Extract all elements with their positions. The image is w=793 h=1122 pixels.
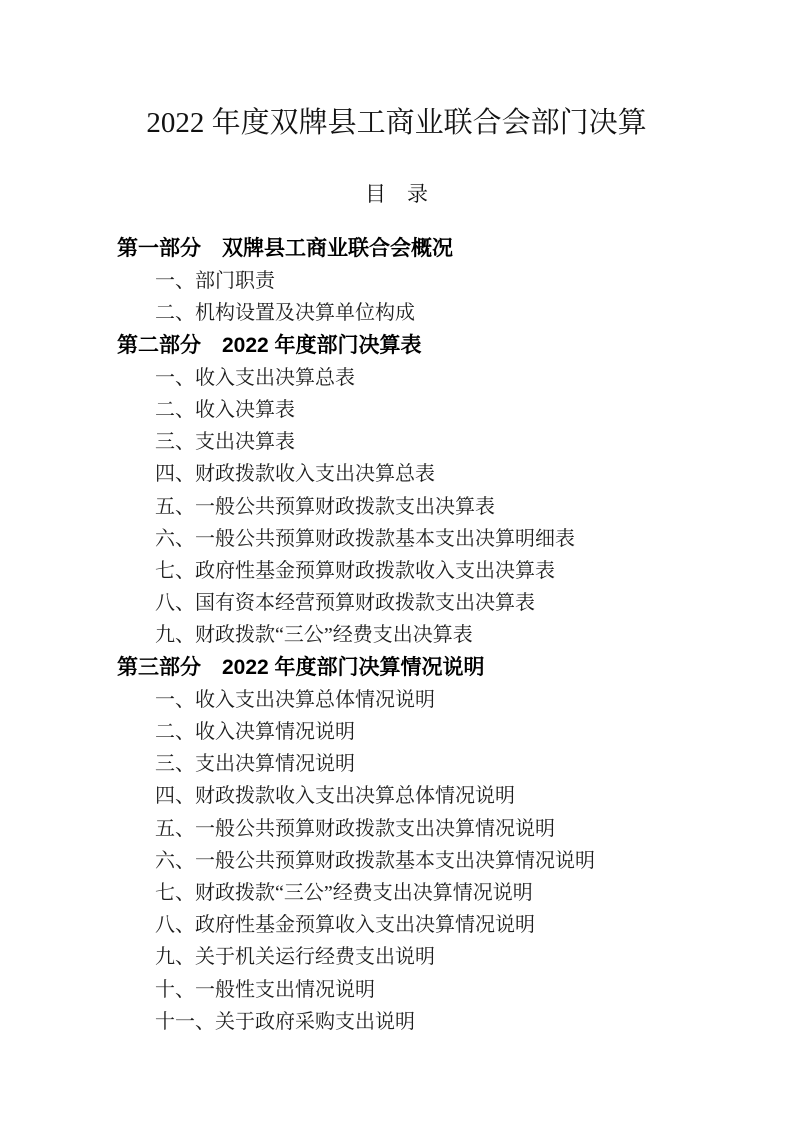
document-title: 2022 年度双牌县工商业联合会部门决算 — [0, 0, 793, 141]
toc-item: 九、关于机关运行经费支出说明 — [155, 941, 793, 973]
toc-item: 四、财政拨款收入支出决算总表 — [155, 458, 793, 490]
toc-item: 九、财政拨款“三公”经费支出决算表 — [155, 619, 793, 651]
toc-item: 六、一般公共预算财政拨款基本支出决算情况说明 — [155, 845, 793, 877]
toc-item: 十一、关于政府采购支出说明 — [155, 1006, 793, 1038]
section-heading: 第三部分 2022 年度部门决算情况说明 — [117, 652, 793, 684]
toc-item: 二、收入决算情况说明 — [155, 716, 793, 748]
toc-item: 二、机构设置及决算单位构成 — [155, 297, 793, 329]
toc-item: 七、政府性基金预算财政拨款收入支出决算表 — [155, 555, 793, 587]
toc-item: 一、收入支出决算总体情况说明 — [155, 684, 793, 716]
toc-item: 三、支出决算表 — [155, 426, 793, 458]
toc-item: 五、一般公共预算财政拨款支出决算情况说明 — [155, 813, 793, 845]
document-page: 2022 年度双牌县工商业联合会部门决算 目 录 第一部分 双牌县工商业联合会概… — [0, 0, 793, 1122]
section-heading: 第一部分 双牌县工商业联合会概况 — [117, 233, 793, 265]
toc-item: 八、国有资本经营预算财政拨款支出决算表 — [155, 587, 793, 619]
toc-item: 四、财政拨款收入支出决算总体情况说明 — [155, 780, 793, 812]
toc-heading: 目 录 — [0, 178, 793, 208]
toc-item: 二、收入决算表 — [155, 394, 793, 426]
toc-item: 一、收入支出决算总表 — [155, 362, 793, 394]
toc-sections: 第一部分 双牌县工商业联合会概况一、部门职责二、机构设置及决算单位构成第二部分 … — [117, 233, 793, 1038]
toc-item: 六、一般公共预算财政拨款基本支出决算明细表 — [155, 523, 793, 555]
toc-item: 一、部门职责 — [155, 265, 793, 297]
toc-item: 七、财政拨款“三公”经费支出决算情况说明 — [155, 877, 793, 909]
toc-item: 五、一般公共预算财政拨款支出决算表 — [155, 491, 793, 523]
toc-item: 十、一般性支出情况说明 — [155, 974, 793, 1006]
toc-item: 三、支出决算情况说明 — [155, 748, 793, 780]
section-heading: 第二部分 2022 年度部门决算表 — [117, 330, 793, 362]
toc-item: 八、政府性基金预算收入支出决算情况说明 — [155, 909, 793, 941]
